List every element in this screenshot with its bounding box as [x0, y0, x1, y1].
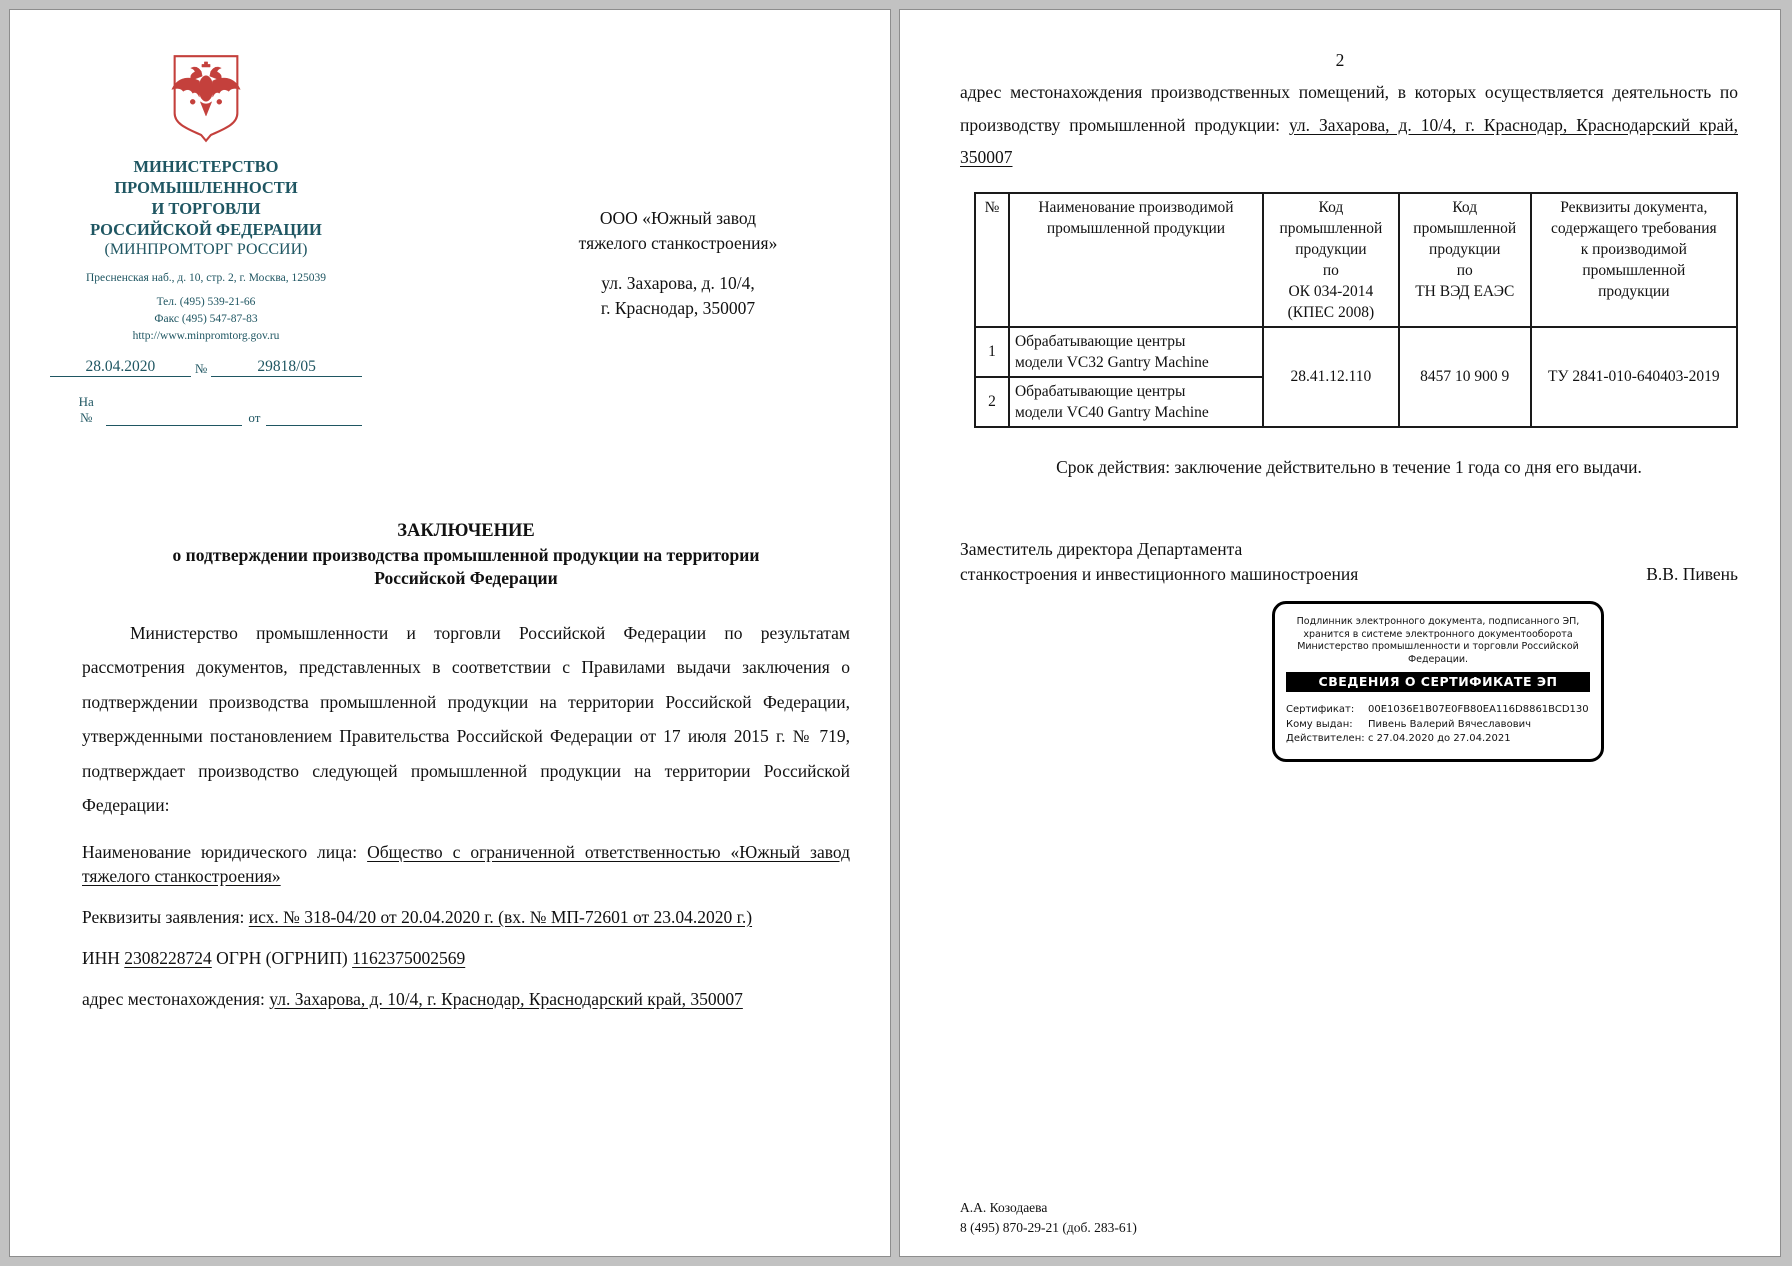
header-okp-code: Код промышленной продукции по ОК 034-201… — [1263, 193, 1399, 327]
valid-label: Действителен: — [1286, 732, 1368, 747]
reply-date-blank — [266, 425, 362, 426]
stamp-bar-title: СВЕДЕНИЯ О СЕРТИФИКАТЕ ЭП — [1286, 672, 1590, 692]
reply-from-label: от — [248, 410, 260, 426]
document-viewer: МИНИСТЕРСТВО ПРОМЫШЛЕННОСТИ И ТОРГОВЛИ Р… — [0, 0, 1792, 1266]
header-requirements: Реквизиты документа, содержащего требова… — [1531, 193, 1737, 327]
ogrn-value: 1162375002569 — [352, 948, 465, 968]
stamp-notice: Подлинник электронного документа, подпис… — [1286, 616, 1590, 666]
validity-statement: Срок действия: заключение действительно … — [960, 457, 1738, 478]
body-paragraph: Министерство промышленности и торговли Р… — [82, 616, 850, 823]
page-number: 2 — [900, 50, 1780, 71]
page2-content: адрес местонахождения производственных п… — [960, 76, 1738, 478]
recipient-block: ООО «Южный завод тяжелого станкостроения… — [510, 206, 846, 321]
row-num: 1 — [975, 327, 1009, 377]
valid-value: с 27.04.2020 до 27.04.2021 — [1368, 732, 1511, 747]
row-product-name: Обрабатывающие центры модели VC32 Gantry… — [1009, 327, 1263, 377]
stamp-valid-row: Действителен: с 27.04.2020 до 27.04.2021 — [1286, 732, 1590, 747]
ministry-name: МИНИСТЕРСТВО ПРОМЫШЛЕННОСТИ И ТОРГОВЛИ Р… — [50, 156, 362, 240]
certificate-value: 00E1036E1B07E0FB80EA116D8861BCD130 — [1368, 703, 1589, 718]
application-value: исх. № 318-04/20 от 20.04.2020 г. (вх. №… — [249, 907, 752, 927]
document-page-1: МИНИСТЕРСТВО ПРОМЫШЛЕННОСТИ И ТОРГОВЛИ Р… — [9, 9, 891, 1257]
document-date-row: 28.04.2020 № 29818/05 — [50, 358, 362, 377]
header-product-name: Наименование производимой промышленной п… — [1009, 193, 1263, 327]
digital-signature-stamp: Подлинник электронного документа, подпис… — [1272, 601, 1604, 762]
document-page-2: 2 адрес местонахождения производственных… — [899, 9, 1781, 1257]
page1-content: ЗАКЛЮЧЕНИЕ о подтверждении производства … — [82, 520, 850, 1011]
ministry-phone: Тел. (495) 539-21-66 — [50, 294, 362, 311]
ministry-fax: Факс (495) 547-87-83 — [50, 311, 362, 328]
table-row: 1 Обрабатывающие центры модели VC32 Gant… — [975, 327, 1737, 377]
reference-row: На № от — [72, 394, 362, 426]
title-line-3: Российской Федерации — [82, 567, 850, 591]
products-table: № Наименование производимой промышленной… — [974, 192, 1738, 428]
location-value: ул. Захарова, д. 10/4, г. Краснодар, Кра… — [269, 989, 743, 1009]
stamp-fields: Сертификат: 00E1036E1B07E0FB80EA116D8861… — [1286, 703, 1590, 747]
signatory-name: В.В. Пивень — [1646, 562, 1738, 587]
signature-block: Заместитель директора Департамента станк… — [960, 537, 1738, 587]
ogrn-label: ОГРН (ОГРНИП) — [212, 948, 352, 968]
russia-coat-of-arms-icon — [168, 52, 244, 144]
ministry-short-name: (МИНПРОМТОРГ РОССИИ) — [50, 241, 362, 259]
row-product-name: Обрабатывающие центры модели VC40 Gantry… — [1009, 377, 1263, 427]
inn-value: 2308228724 — [124, 948, 212, 968]
row-num: 2 — [975, 377, 1009, 427]
stamp-certificate-row: Сертификат: 00E1036E1B07E0FB80EA116D8861… — [1286, 703, 1590, 718]
ministry-website: http://www.minpromtorg.gov.ru — [50, 328, 362, 345]
legal-name-label: Наименование юридического лица: — [82, 842, 367, 862]
signatory-position: Заместитель директора Департамента станк… — [960, 537, 1358, 587]
executor-name: А.А. Козодаева — [960, 1198, 1137, 1218]
title-line-1: ЗАКЛЮЧЕНИЕ — [82, 520, 850, 544]
number-sign: № — [195, 361, 207, 377]
issued-to-label: Кому выдан: — [1286, 718, 1368, 733]
header-tnved-code: Код промышленной продукции по ТН ВЭД ЕАЭ… — [1399, 193, 1531, 327]
inn-ogrn-line: ИНН 2308228724 ОГРН (ОГРНИП) 11623750025… — [82, 946, 850, 970]
table-header-row: № Наименование производимой промышленной… — [975, 193, 1737, 327]
ministry-postal-address: Пресненская наб., д. 10, стр. 2, г. Моск… — [50, 270, 362, 287]
okp-code-cell: 28.41.12.110 — [1263, 327, 1399, 427]
title-line-2: о подтверждении производства промышленно… — [82, 544, 850, 568]
document-date: 28.04.2020 — [50, 358, 191, 377]
executor-phone: 8 (495) 870-29-21 (доб. 283-61) — [960, 1218, 1137, 1238]
application-label: Реквизиты заявления: — [82, 907, 249, 927]
recipient-name: ООО «Южный завод тяжелого станкостроения… — [510, 206, 846, 256]
location-line: адрес местонахождения: ул. Захарова, д. … — [82, 987, 850, 1011]
production-address-line: адрес местонахождения производственных п… — [960, 76, 1738, 174]
recipient-address: ул. Захарова, д. 10/4, г. Краснодар, 350… — [510, 271, 846, 321]
stamp-issued-to-row: Кому выдан: Пивень Валерий Вячеславович — [1286, 718, 1590, 733]
document-number: 29818/05 — [211, 358, 362, 377]
ministry-letterhead: МИНИСТЕРСТВО ПРОМЫШЛЕННОСТИ И ТОРГОВЛИ Р… — [50, 52, 362, 426]
application-line: Реквизиты заявления: исх. № 318-04/20 от… — [82, 905, 850, 929]
header-num: № — [975, 193, 1009, 327]
requirements-doc-cell: ТУ 2841-010-640403-2019 — [1531, 327, 1737, 427]
certificate-label: Сертификат: — [1286, 703, 1368, 718]
reply-number-blank — [106, 425, 242, 426]
issued-to-value: Пивень Валерий Вячеславович — [1368, 718, 1531, 733]
document-title: ЗАКЛЮЧЕНИЕ о подтверждении производства … — [82, 520, 850, 591]
location-label: адрес местонахождения: — [82, 989, 269, 1009]
executor-contact-block: А.А. Козодаева 8 (495) 870-29-21 (доб. 2… — [960, 1198, 1137, 1238]
reply-to-label: На № — [72, 394, 100, 426]
inn-label: ИНН — [82, 948, 124, 968]
legal-name-line: Наименование юридического лица: Общество… — [82, 840, 850, 888]
tnved-code-cell: 8457 10 900 9 — [1399, 327, 1531, 427]
